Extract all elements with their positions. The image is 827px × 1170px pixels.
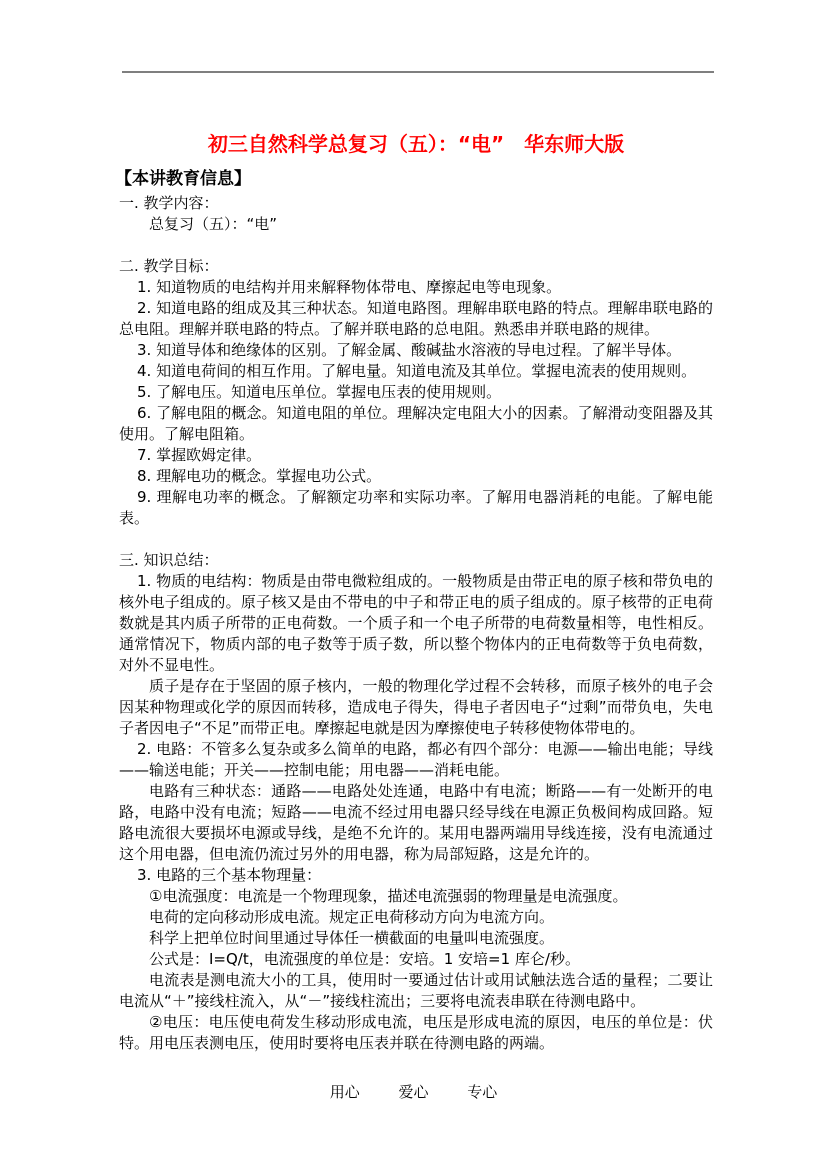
text-paragraph: 质子是存在于坚固的原子核内，一般的物理化学过程不会转移，而原子核外的电子会因某种… bbox=[119, 676, 713, 739]
text-paragraph: 7. 掌握欧姆定律。 bbox=[119, 445, 713, 466]
footer-word-3: 专心 bbox=[467, 1082, 497, 1103]
text-paragraph: 3. 知道导体和绝缘体的区别。了解金属、酸碱盐水溶液的导电过程。了解半导体。 bbox=[119, 340, 713, 361]
text-paragraph: 公式是：I=Q/t，电流强度的单位是：安培。1 安培=1 库仑/秒。 bbox=[119, 949, 713, 970]
text-paragraph: 总复习（五）：“电” bbox=[119, 214, 713, 235]
text-paragraph: 3. 电路的三个基本物理量： bbox=[119, 865, 713, 886]
text-paragraph: 1. 物质的电结构：物质是由带电微粒组成的。一般物质是由带正电的原子核和带负电的… bbox=[119, 571, 713, 676]
text-paragraph: ②电压：电压使电荷发生移动形成电流，电压是形成电流的原因，电压的单位是：伏特。用… bbox=[119, 1012, 713, 1054]
text-paragraph: 1. 知道物质的电结构并用来解释物体带电、摩擦起电等电现象。 bbox=[119, 277, 713, 298]
text-paragraph: 电荷的定向移动形成电流。规定正电荷移动方向为电流方向。 bbox=[119, 907, 713, 928]
text-paragraph: 电路有三种状态：通路——电路处处连通，电路中有电流；断路——有一处断开的电路，电… bbox=[119, 781, 713, 865]
text-paragraph: 三. 知识总结： bbox=[119, 550, 713, 571]
text-paragraph: 科学上把单位时间里通过导体任一横截面的电量叫电流强度。 bbox=[119, 928, 713, 949]
text-paragraph: 5. 了解电压。知道电压单位。掌握电压表的使用规则。 bbox=[119, 382, 713, 403]
text-paragraph: 一. 教学内容： bbox=[119, 193, 713, 214]
text-paragraph: 2. 知道电路的组成及其三种状态。知道电路图。理解串联电路的特点。理解串联电路的… bbox=[119, 298, 713, 340]
blank-line bbox=[119, 529, 713, 550]
text-paragraph: 二. 教学目标： bbox=[119, 256, 713, 277]
text-paragraph: 电流表是测电流大小的工具，使用时一要通过估计或用试触法选合适的量程；二要让电流从… bbox=[119, 970, 713, 1012]
text-paragraph: 6. 了解电阻的概念。知道电阻的单位。理解决定电阻大小的因素。了解滑动变阻器及其… bbox=[119, 403, 713, 445]
footer-word-1: 用心 bbox=[330, 1082, 360, 1103]
text-paragraph: 8. 理解电功的概念。掌握电功公式。 bbox=[119, 466, 713, 487]
text-paragraph: 4. 知道电荷间的相互作用。了解电量。知道电流及其单位。掌握电流表的使用规则。 bbox=[119, 361, 713, 382]
footer-word-2: 爱心 bbox=[398, 1082, 428, 1103]
document-title: 初三自然科学总复习（五）：“电” 华东师大版 bbox=[119, 131, 713, 158]
document-body: 一. 教学内容：总复习（五）：“电”二. 教学目标：1. 知道物质的电结构并用来… bbox=[119, 193, 713, 1054]
document-content: 初三自然科学总复习（五）：“电” 华东师大版 【本讲教育信息】 一. 教学内容：… bbox=[119, 131, 713, 1054]
info-section-header: 【本讲教育信息】 bbox=[115, 167, 713, 191]
text-paragraph: ①电流强度：电流是一个物理现象，描述电流强弱的物理量是电流强度。 bbox=[119, 886, 713, 907]
header-rule bbox=[122, 71, 714, 73]
blank-line bbox=[119, 235, 713, 256]
text-paragraph: 9. 理解电功率的概念。了解额定功率和实际功率。了解用电器消耗的电能。了解电能表… bbox=[119, 487, 713, 529]
document-page: 初三自然科学总复习（五）：“电” 华东师大版 【本讲教育信息】 一. 教学内容：… bbox=[0, 0, 827, 1170]
text-paragraph: 2. 电路：不管多么复杂或多么简单的电路，都必有四个部分：电源——输出电能；导线… bbox=[119, 739, 713, 781]
page-footer: 用心 爱心 专心 bbox=[0, 1082, 827, 1103]
